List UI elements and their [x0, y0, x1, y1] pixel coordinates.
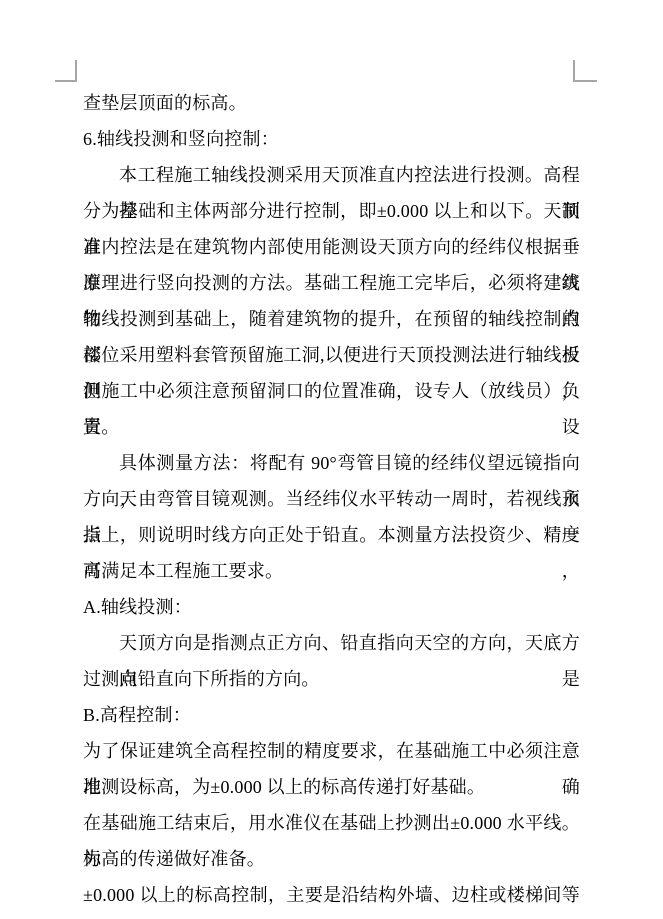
- text-line: 查垫层顶面的标高。: [83, 85, 580, 121]
- para-axis-projection-overview: 本工程施工轴线投测采用天顶准直内控法进行投测。高程控制分为基础和主体两部分进行控…: [83, 157, 580, 445]
- para-foundation-level-line: 在基础施工结束后，用水准仪在基础上抄测出±0.000 水平线。为标高的传递做好准…: [83, 805, 580, 877]
- text-line: 直内控法是在建筑物内部使用能测设天顶方向的经纬仪根据垂准线: [83, 229, 580, 265]
- page-margin-corner-mark-left: [55, 60, 77, 82]
- text-line: 但施工中必须注意预留洞口的位置准确，设专人（放线员）负责设: [83, 373, 580, 409]
- text-line: ±0.000 以上的标高控制，主要是沿结构外墙、边柱或楼梯间等向: [83, 877, 580, 913]
- text-line: 6.轴线投测和竖向控制：: [83, 121, 580, 157]
- text-line: 标高的传递做好准备。: [83, 841, 580, 877]
- heading-item-a: A.轴线投测：: [83, 589, 580, 625]
- text-line: 轴线投测到基础上，随着建筑物的提升，在预留的轴线控制点楼板: [83, 301, 580, 337]
- text-line: 在基础施工结束后，用水准仪在基础上抄测出±0.000 水平线。为: [83, 805, 580, 841]
- text-line: 方向，由弯管目镜观测。当经纬仪水平转动一周时，若视线永指一: [83, 481, 580, 517]
- text-line: 部位采用塑料套管预留施工洞,以便进行天顶投测法进行轴线投测，: [83, 337, 580, 373]
- text-line: A.轴线投测：: [83, 589, 580, 625]
- text-line: 分为基础和主体两部分进行控制，即±0.000 以上和以下。天顶准: [83, 193, 580, 229]
- para-above-zero-elevation-control: ±0.000 以上的标高控制，主要是沿结构外墙、边柱或楼梯间等向: [83, 877, 580, 913]
- heading-item-6: 6.轴线投测和竖向控制：: [83, 121, 580, 157]
- text-line: 具体测量方法：将配有 90°弯管目镜的经纬仪望远镜指向天顶: [83, 445, 580, 481]
- heading-item-b: B.高程控制：: [83, 697, 580, 733]
- document-body: 查垫层顶面的标高。6.轴线投测和竖向控制：本工程施工轴线投测采用天顶准直内控法进…: [83, 85, 580, 913]
- para-zenith-direction: 天顶方向是指测点正方向、铅直指向天空的方向，天底方向是过测点铅直向下所指的方向。: [83, 625, 580, 697]
- text-line: 原理进行竖向投测的方法。基础工程施工完毕后，必须将建筑物的: [83, 265, 580, 301]
- text-line: 为了保证建筑全高程控制的精度要求，在基础施工中必须注意准确: [83, 733, 580, 769]
- para-elevation-accuracy: 为了保证建筑全高程控制的精度要求，在基础施工中必须注意准确地测设标高，为±0.0…: [83, 733, 580, 805]
- text-line: 本工程施工轴线投测采用天顶准直内控法进行投测。高程控制: [83, 157, 580, 193]
- text-line: 点上，则说明时线方向正处于铅直。本测量方法投资少、精度高，: [83, 517, 580, 553]
- page-margin-corner-mark-right: [573, 60, 597, 82]
- text-line: B.高程控制：: [83, 697, 580, 733]
- para-measurement-method: 具体测量方法：将配有 90°弯管目镜的经纬仪望远镜指向天顶方向，由弯管目镜观测。…: [83, 445, 580, 589]
- document-page: { "page": { "background": "#ffffff", "te…: [0, 0, 663, 919]
- para-continued-from-previous-page: 查垫层顶面的标高。: [83, 85, 580, 121]
- text-line: 天顶方向是指测点正方向、铅直指向天空的方向，天底方向是: [83, 625, 580, 661]
